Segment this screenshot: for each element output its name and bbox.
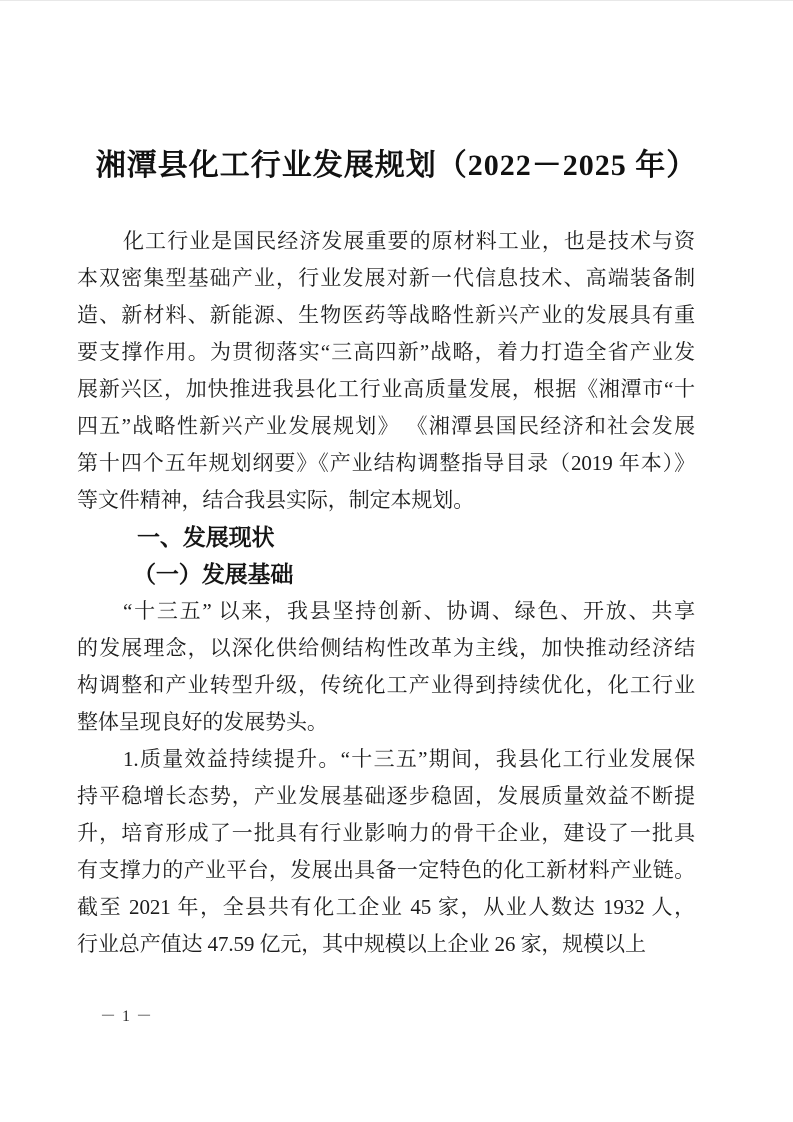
section-heading-level1: 一、发展现状 <box>77 519 695 556</box>
text-line: 展新兴区，加快推进我县化工行业高质量发展，根据《湘潭市“十 <box>77 371 695 408</box>
text-line: 1.质量效益持续提升。“十三五”期间，我县化工行业发展保 <box>77 741 695 778</box>
text-line: 第十四个五年规划纲要》《产业结构调整指导目录（2019 年本）》 <box>77 445 695 482</box>
text-line: 要支撑作用。为贯彻落实“三高四新”战略，着力打造全省产业发 <box>77 334 695 371</box>
text-line: 四五”战略性新兴产业发展规划》 《湘潭县国民经济和社会发展 <box>77 408 695 445</box>
text-line: 化工行业是国民经济发展重要的原材料工业，也是技术与资 <box>77 223 695 260</box>
text-line: 行业总产值达 47.59 亿元，其中规模以上企业 26 家，规模以上 <box>77 926 695 963</box>
document-title: 湘潭县化工行业发展规划（2022－2025 年） <box>0 140 793 184</box>
section-heading-level2: （一）发展基础 <box>77 556 695 593</box>
text-line: 有支撑力的产业平台，发展出具备一定特色的化工新材料产业链。 <box>77 852 695 889</box>
text-line: 升，培育形成了一批具有行业影响力的骨干企业，建设了一批具 <box>77 815 695 852</box>
text-line: 整体呈现良好的发展势头。 <box>77 704 695 741</box>
document-body: 化工行业是国民经济发展重要的原材料工业，也是技术与资本双密集型基础产业，行业发展… <box>77 223 695 963</box>
text-line: 持平稳增长态势，产业发展基础逐步稳固，发展质量效益不断提 <box>77 778 695 815</box>
text-line: 等文件精神，结合我县实际，制定本规划。 <box>77 482 695 519</box>
text-line: 构调整和产业转型升级，传统化工产业得到持续优化，化工行业 <box>77 667 695 704</box>
text-line: 本双密集型基础产业，行业发展对新一代信息技术、高端装备制 <box>77 260 695 297</box>
text-line: “十三五” 以来，我县坚持创新、协调、绿色、开放、共享 <box>77 593 695 630</box>
text-line: 截至 2021 年，全县共有化工企业 45 家，从业人数达 1932 人， <box>77 889 695 926</box>
text-line: 的发展理念，以深化供给侧结构性改革为主线，加快推动经济结 <box>77 630 695 667</box>
page-number: － 1 － <box>100 1003 153 1031</box>
text-line: 造、新材料、新能源、生物医药等战略性新兴产业的发展具有重 <box>77 297 695 334</box>
document-page: 湘潭县化工行业发展规划（2022－2025 年） 化工行业是国民经济发展重要的原… <box>0 0 793 1122</box>
